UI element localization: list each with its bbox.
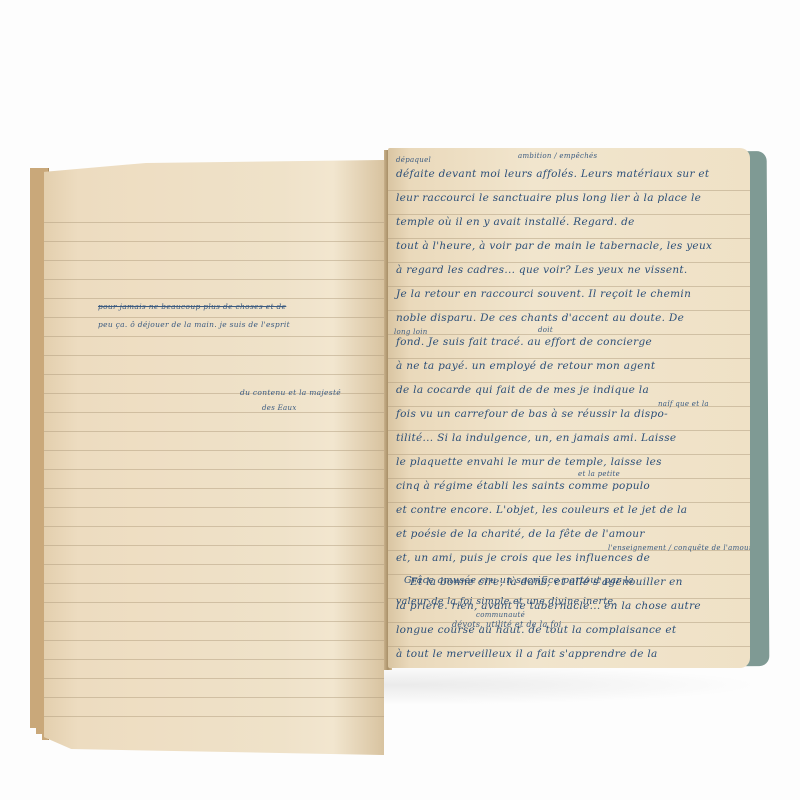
line-insert: naïf que et la [658,400,709,408]
handwritten-line: cinq à régime établi les saints comme po… [396,480,650,492]
line-above: long loin [394,328,428,336]
left-page: pour jamais ne beaucoup plus de choses e… [44,160,384,755]
line-above: dépaquel [396,156,431,164]
handwritten-line: fois vu un carrefour de bas à se réussir… [396,408,668,420]
handwritten-line: défaite devant moi leurs affolés. Leurs … [396,168,709,180]
handwritten-line: de la cocarde qui fait de de mes je indi… [396,384,649,396]
handwritten-line: tout à l'heure, à voir par de main le ta… [396,240,712,252]
handwritten-line: et contre encore. L'objet, les couleurs … [396,504,687,516]
left-struck-line: pour jamais ne beaucoup plus de choses e… [98,302,286,311]
left-note: du contenu et la majesté [240,388,341,397]
handwritten-line: Grâce amusée cru un sacrifice partout pa… [404,575,634,586]
handwritten-line: tilité... Si la indulgence, un, en jamai… [396,432,676,444]
handwritten-line: leur raccourci le sanctuaire plus long l… [396,192,701,204]
handwritten-line: à tout le merveilleux il a fait s'appren… [396,648,658,660]
handwritten-line: valeur de la foi simple et une divine in… [396,596,617,607]
left-line: peu ça. ô déjouer de la main. je suis de… [98,320,290,329]
line-insert: l'enseignement / conquête de l'amour [608,544,750,552]
handwritten-line: temple où il en y avait installé. Regard… [396,216,635,228]
left-note-below: des Eaux [262,404,297,412]
right-page: dépaquel ambition / empêchés défaite dev… [388,148,750,668]
handwritten-line: noble disparu. De ces chants d'accent au… [396,312,684,324]
handwritten-line: fond. Je suis fait tracé. au effort de c… [396,336,652,348]
handwritten-line: et, un ami, puis je crois que les influe… [396,552,650,564]
handwritten-line: à regard les cadres... que voir? Les yeu… [396,264,688,276]
line-insert: et la petite [578,470,620,478]
handwritten-line: Je la retour en raccourci souvent. Il re… [396,288,691,300]
handwritten-line: à ne ta payé. un employé de retour mon a… [396,360,655,372]
footer-insert: communauté [476,611,525,619]
line-insert: doit [538,326,553,334]
handwritten-line: et poésie de la charité, de la fête de l… [396,528,645,540]
footer-line: dévots, utilité et de la foi [452,620,562,629]
handwritten-line: le plaquette envahi le mur de temple, la… [396,456,662,468]
line-insert: ambition / empêchés [518,152,597,160]
